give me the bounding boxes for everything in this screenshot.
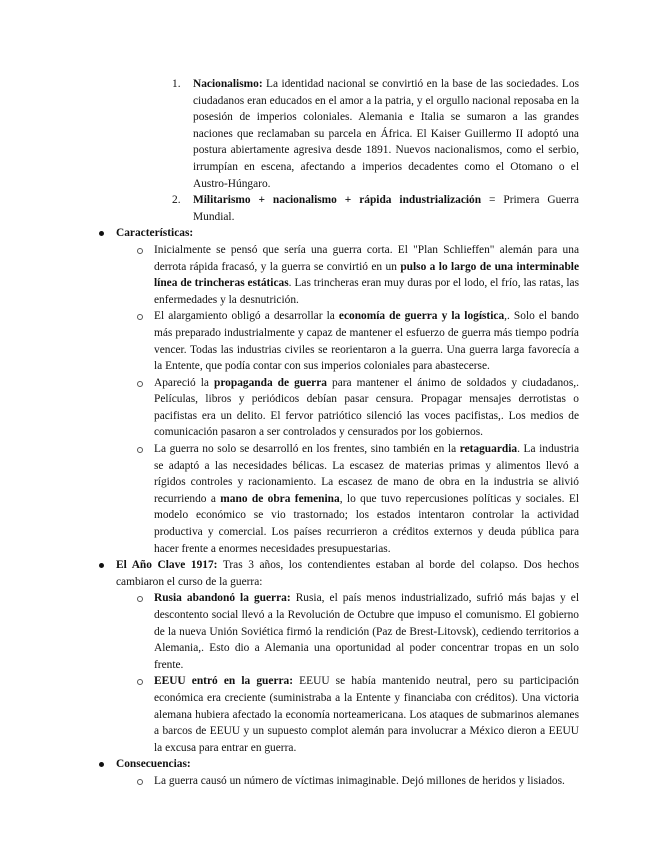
item-bold-text: EEUU entró en la guerra: (154, 675, 293, 687)
item-title: Militarismo + nacionalismo + rápida indu… (193, 194, 481, 206)
list-item: Inicialmente se pensó que sería una guer… (154, 242, 579, 308)
item-bold-text: economía de guerra y la logística (339, 310, 504, 322)
bullet-icon (99, 762, 104, 767)
item-text: Apareció la (154, 377, 214, 389)
sub-bullet-list: Inicialmente se pensó que sería una guer… (116, 242, 579, 557)
list-item: La guerra causó un número de víctimas in… (154, 773, 579, 790)
section-heading: Características: (116, 227, 193, 239)
numbered-item-nacionalismo: 1. Nacionalismo: La identidad nacional s… (193, 76, 579, 192)
item-text: El alargamiento obligó a desarrollar la (154, 310, 339, 322)
document-page: 1. Nacionalismo: La identidad nacional s… (0, 0, 655, 848)
section-caracteristicas: Características: Inicialmente se pensó q… (116, 225, 579, 557)
main-bullet-list: Características: Inicialmente se pensó q… (97, 225, 579, 789)
item-bold-text: retaguardia (460, 443, 517, 455)
bullet-icon (99, 231, 104, 236)
circle-bullet-icon (137, 248, 143, 254)
item-text: La guerra causó un número de víctimas in… (154, 775, 565, 787)
list-item: Rusia abandonó la guerra: Rusia, el país… (154, 590, 579, 673)
numbered-list: 1. Nacionalismo: La identidad nacional s… (97, 76, 579, 225)
section-ano-clave-1917: El Año Clave 1917: Tras 3 años, los cont… (116, 557, 579, 756)
sub-bullet-list: Rusia abandonó la guerra: Rusia, el país… (116, 590, 579, 756)
section-heading: El Año Clave 1917: (116, 559, 217, 571)
list-number: 2. (172, 192, 181, 209)
item-text: La guerra no solo se desarrolló en los f… (154, 443, 460, 455)
circle-bullet-icon (137, 447, 143, 453)
list-item: La guerra no solo se desarrolló en los f… (154, 441, 579, 557)
circle-bullet-icon (137, 596, 143, 602)
item-bold-text: Rusia abandonó la guerra: (154, 592, 291, 604)
item-title: Nacionalismo: (193, 78, 263, 90)
circle-bullet-icon (137, 679, 143, 685)
item-bold-text: mano de obra femenina (220, 493, 339, 505)
circle-bullet-icon (137, 779, 143, 785)
numbered-item-militarismo: 2. Militarismo + nacionalismo + rápida i… (193, 192, 579, 225)
item-text: La identidad nacional se convirtió en la… (193, 78, 579, 190)
list-item: El alargamiento obligó a desarrollar la … (154, 308, 579, 374)
sub-bullet-list: La guerra causó un número de víctimas in… (116, 773, 579, 790)
bullet-icon (99, 563, 104, 568)
list-item: Apareció la propaganda de guerra para ma… (154, 375, 579, 441)
circle-bullet-icon (137, 314, 143, 320)
document-body: 1. Nacionalismo: La identidad nacional s… (97, 76, 579, 790)
item-bold-text: propaganda de guerra (214, 377, 327, 389)
circle-bullet-icon (137, 381, 143, 387)
list-item: EEUU entró en la guerra: EEUU se había m… (154, 673, 579, 756)
section-consecuencias: Consecuencias: La guerra causó un número… (116, 756, 579, 789)
section-heading: Consecuencias: (116, 758, 191, 770)
list-number: 1. (172, 76, 181, 93)
